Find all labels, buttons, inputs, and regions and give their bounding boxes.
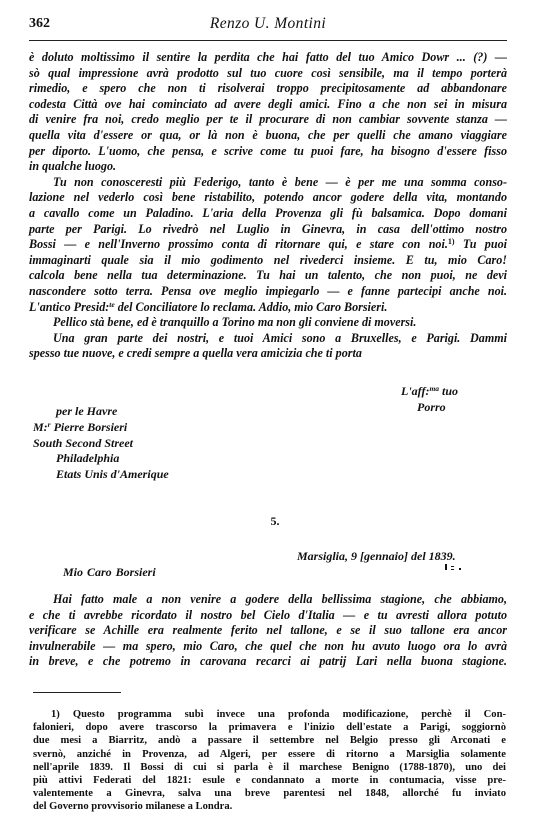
text-line: in breve, e che potremo in carovana reca…	[29, 654, 507, 670]
text-line: e che ti avrebbe ricordato il nostro bel…	[29, 608, 507, 624]
letter-4-paragraph-1: è doluto moltissimo il sentire la perdit…	[29, 50, 507, 175]
address-line: M:r Pierre Borsieri	[29, 420, 169, 436]
address-line: Philadelphia	[29, 451, 169, 467]
text-line: nascondere sotto terra. Pensa ove meglio…	[29, 284, 507, 300]
footnote-line: valentemente a Ginevra, salva una breve …	[33, 787, 506, 800]
text-line: L'antico Presid:te del Conciliatore lo r…	[29, 300, 507, 316]
scan-artifact-mark	[445, 563, 465, 571]
text-segment: L'antico Presid:	[29, 300, 109, 314]
footnote-line: 1) Questo programma subì invece una prof…	[33, 708, 506, 721]
footnote-line: del Governo provvisorio milanese a Londr…	[33, 800, 506, 813]
footnote-reference[interactable]: 1)	[448, 237, 455, 246]
footnote-line: più attivi Federati del 1821: esule e co…	[33, 774, 506, 787]
text-line: per diporto. L'uomo, che pensa, e scrive…	[29, 144, 507, 160]
text-line: è doluto moltissimo il sentire la perdit…	[29, 50, 507, 66]
address-line: Etats Unis d'Amerique	[29, 467, 169, 483]
valediction: L'aff:ma tuo	[401, 384, 458, 399]
text-line: sò qual impressione avrà prodotto sul tu…	[29, 66, 507, 82]
signature-name: Porro	[417, 400, 446, 415]
text-line: quella vita d'essere or qua, or là non è…	[29, 128, 507, 144]
letter-4-body: è doluto moltissimo il sentire la perdit…	[29, 50, 507, 362]
letter-number: 5.	[0, 514, 550, 529]
text-line: Pellico stà bene, ed è tranquillo a Tori…	[29, 315, 507, 331]
letter-5-body: Hai fatto male a non venire a godere del…	[29, 592, 507, 670]
text-line: in qualche luogo.	[29, 159, 507, 175]
text-line: rimedio, e spero che non ti risolverai t…	[29, 81, 507, 97]
text-segment: Tu puoi	[455, 237, 507, 251]
address-line: South Second Street	[29, 436, 169, 452]
address-block: per le Havre M:r Pierre Borsieri South S…	[29, 404, 169, 483]
letter-5-paragraph-1: Hai fatto male a non venire a godere del…	[29, 592, 507, 670]
text-line: codesta Città ove hai cominciato ad aver…	[29, 97, 507, 113]
letter-4-paragraph-2: Tu non conosceresti più Federigo, tanto …	[29, 175, 507, 315]
footnote-marker: 1)	[51, 709, 60, 720]
footnote-1: 1) Questo programma subì invece una prof…	[33, 708, 506, 814]
text-line: a cavallo come un Paladino. L'aria della…	[29, 206, 507, 222]
text-line: calcola bene nella tua determinazione. T…	[29, 268, 507, 284]
text-line: Hai fatto male a non venire a godere del…	[29, 592, 507, 608]
abbreviation-superscript: ma	[429, 384, 439, 393]
salutation: Mio Caro Borsieri	[63, 565, 156, 580]
footnote-line: nell'aprile 1839. Il Bossi di cui si par…	[33, 761, 506, 774]
book-page: 362 Renzo U. Montini è doluto moltissimo…	[0, 0, 550, 822]
text-line: Tu non conosceresti più Federigo, tanto …	[29, 175, 507, 191]
text-line: Una gran parte dei nostri, e tuoi Amici …	[29, 331, 507, 347]
letter-4-paragraph-4: Una gran parte dei nostri, e tuoi Amici …	[29, 331, 507, 362]
text-segment: L'aff:	[401, 384, 429, 398]
text-segment: Questo programma subì invece una profond…	[73, 709, 506, 720]
text-line: immaginarti quale sia il mio godimento n…	[29, 253, 507, 269]
footnotes: 1) Questo programma subì invece una prof…	[33, 708, 506, 814]
text-segment: M:	[33, 420, 48, 434]
text-line: lazione nel vederlo così bene ristabilit…	[29, 190, 507, 206]
text-line: parte per Parigi. Lo rivedrò nel Luglio …	[29, 222, 507, 238]
running-head: 362 Renzo U. Montini	[29, 14, 507, 36]
footnote-line: svernò, anziché in Provenza, ad Algeri, …	[33, 748, 506, 761]
text-line: spesso tue nuove, e credi sempre a quell…	[29, 346, 507, 362]
address-line: per le Havre	[29, 404, 169, 420]
running-title: Renzo U. Montini	[29, 15, 507, 33]
text-segment: Pierre Borsieri	[51, 420, 128, 434]
text-segment: tuo	[439, 384, 458, 398]
letter-4-paragraph-3: Pellico stà bene, ed è tranquillo a Tori…	[29, 315, 507, 331]
text-line: invulnerabile — ma spero, mio Caro, che …	[29, 639, 507, 655]
text-line: verificare se Achille era realmente feri…	[29, 623, 507, 639]
text-line: Bossi — e nell'Inverno prossimo conta di…	[29, 237, 507, 253]
text-line: di venire fra noi, credo meglio per te i…	[29, 112, 507, 128]
header-rule	[29, 40, 507, 41]
footnote-rule	[33, 692, 121, 693]
text-segment: Bossi — e nell'Inverno prossimo conta di…	[29, 237, 448, 251]
footnote-line: due mesi a Biarritz, andò a passare il s…	[33, 734, 506, 747]
text-segment: del Conciliatore lo reclama. Addio, mio …	[115, 300, 388, 314]
dateline: Marsiglia, 9 [gennaio] del 1839.	[297, 549, 456, 564]
footnote-line: falonieri, dopo avere trascorso la prima…	[33, 721, 506, 734]
